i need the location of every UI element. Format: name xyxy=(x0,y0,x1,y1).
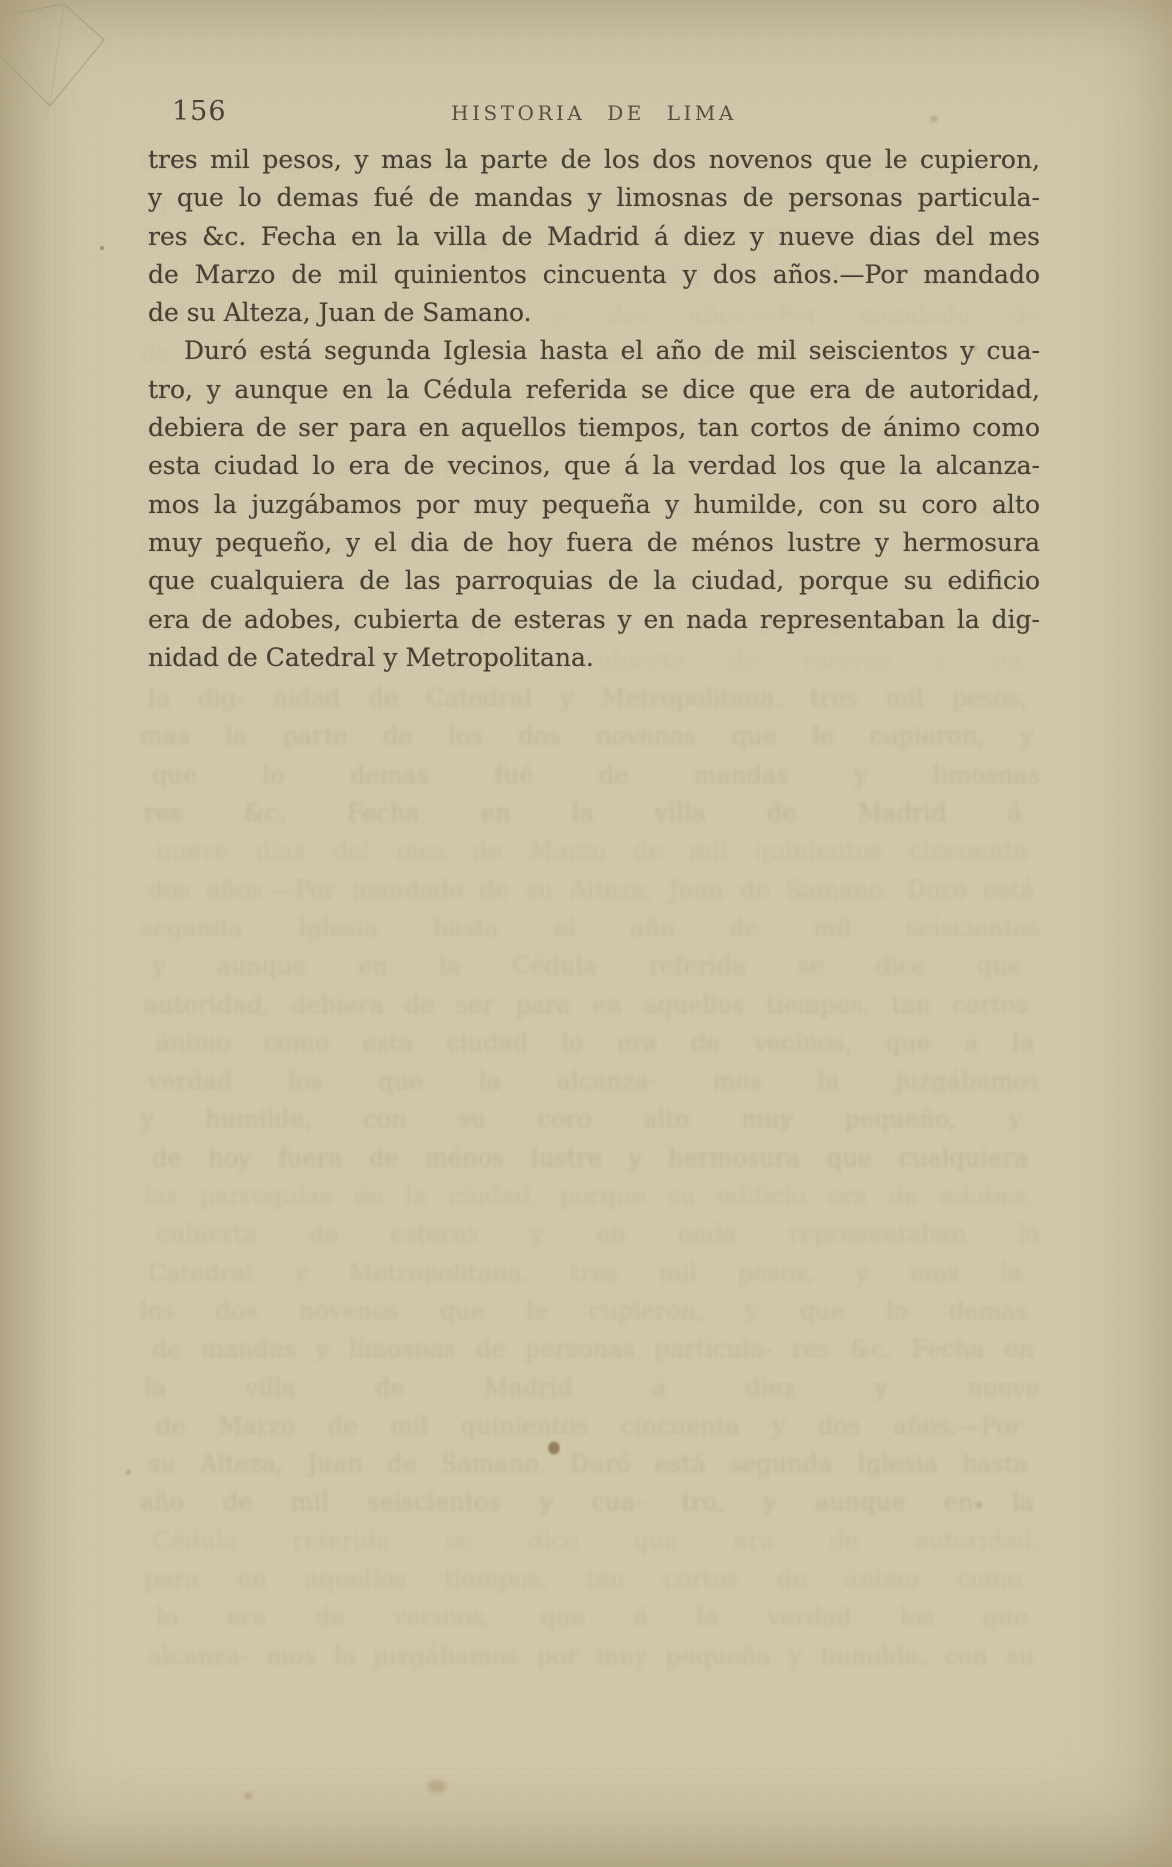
showthrough-line: la dig- nidad de Catedral y Metropolitan… xyxy=(148,679,1028,717)
text-line: tro, y aunque en la Cédula referida se d… xyxy=(148,371,1040,409)
text-line: de Marzo de mil quinientos cincuenta y d… xyxy=(148,256,1040,294)
text-line: de su Alteza, Juan de Samano. xyxy=(148,294,1040,332)
text-line: mos la juzgábamos por muy pequeña y humi… xyxy=(148,486,1040,524)
showthrough-line: dos años.—Por mandado de su Alteza, Juan… xyxy=(148,871,1034,909)
book-page-scan: 156 HISTORIA DE LIMA tres mil pesos, y m… xyxy=(0,0,1172,1867)
showthrough-line: cubierta de esteras y en nada representa… xyxy=(156,1215,1040,1253)
text-line: tres mil pesos, y mas la parte de los do… xyxy=(148,141,1040,179)
text-line: res &c. Fecha en la villa de Madrid á di… xyxy=(148,218,1040,256)
text-line: Duró está segunda Iglesia hasta el año d… xyxy=(148,332,1040,370)
showthrough-line: los dos novenos que le cupieron, y que l… xyxy=(140,1292,1028,1330)
stain xyxy=(548,1440,560,1456)
text-line: y que lo demas fué de mandas y limosnas … xyxy=(148,179,1040,217)
text-line: esta ciudad lo era de vecinos, que á la … xyxy=(148,447,1040,485)
showthrough-line: autoridad, debiera de ser para en aquell… xyxy=(144,986,1028,1024)
stain xyxy=(100,246,104,250)
stain xyxy=(244,1792,253,1800)
showthrough-line: de hoy fuera de ménos lustre y hermosura… xyxy=(152,1139,1028,1177)
showthrough-line: las parroquias de la ciudad, porque su e… xyxy=(144,1177,1034,1215)
showthrough-line: nueve dias del mes de Marzo de mil quini… xyxy=(156,832,1028,870)
running-title: HISTORIA DE LIMA xyxy=(148,101,1040,125)
showthrough-line: de mandas y limosnas de personas particu… xyxy=(152,1330,1034,1368)
text-line: que cualquiera de las parroquias de la c… xyxy=(148,562,1040,600)
showthrough-line: de Marzo de mil quinientos cincuenta y d… xyxy=(156,1407,1022,1445)
showthrough-line: res &c. Fecha en la villa de Madrid á xyxy=(144,794,1022,832)
showthrough-line: alcanza- mos la juzgábamos por muy peque… xyxy=(148,1637,1034,1675)
showthrough-line: su Alteza, Juan de Samano. Duró está seg… xyxy=(148,1445,1028,1483)
showthrough-line: segunda Iglesia hasta el año de mil seis… xyxy=(140,909,1040,947)
stain xyxy=(126,1470,131,1475)
showthrough-line: Cédula referida se dice que era de autor… xyxy=(152,1522,1040,1560)
showthrough-line: lo era de vecinos, que á la verdad los q… xyxy=(156,1598,1028,1636)
showthrough-line: y aunque en la Cédula referida se dice q… xyxy=(152,947,1022,985)
showthrough-line: verdad los que la alcanza- mos la juzgáb… xyxy=(148,1062,1040,1100)
showthrough-line: Catedral y Metropolitana. tres mil pesos… xyxy=(148,1254,1022,1292)
stain xyxy=(975,1502,982,1508)
showthrough-line: para en aquellos tiempos, tan cortos de … xyxy=(144,1560,1022,1598)
showthrough-line: ánimo como esta ciudad lo era de vecinos… xyxy=(156,1024,1034,1062)
stain xyxy=(428,1780,446,1793)
showthrough-line: mas la parte de los dos novenos que le c… xyxy=(140,717,1034,755)
showthrough-line: que lo demas fué de mandas y limosnas xyxy=(152,756,1040,794)
corner-fold-mark xyxy=(0,0,130,120)
showthrough-line: año de mil seiscientos y cua- tro, y aun… xyxy=(140,1483,1034,1521)
body-text: tres mil pesos, y mas la parte de los do… xyxy=(148,141,1040,677)
text-line: debiera de ser para en aquellos tiempos,… xyxy=(148,409,1040,447)
running-head: 156 HISTORIA DE LIMA xyxy=(148,96,1040,130)
showthrough-line: la villa de Madrid á diez y nueve xyxy=(144,1369,1040,1407)
text-line: era de adobes, cubierta de esteras y en … xyxy=(148,601,1040,639)
showthrough-line: y humilde, con su coro alto muy pequeño,… xyxy=(140,1100,1022,1138)
text-line: nidad de Catedral y Metropolitana. xyxy=(148,639,1040,677)
text-line: muy pequeño, y el dia de hoy fuera de mé… xyxy=(148,524,1040,562)
